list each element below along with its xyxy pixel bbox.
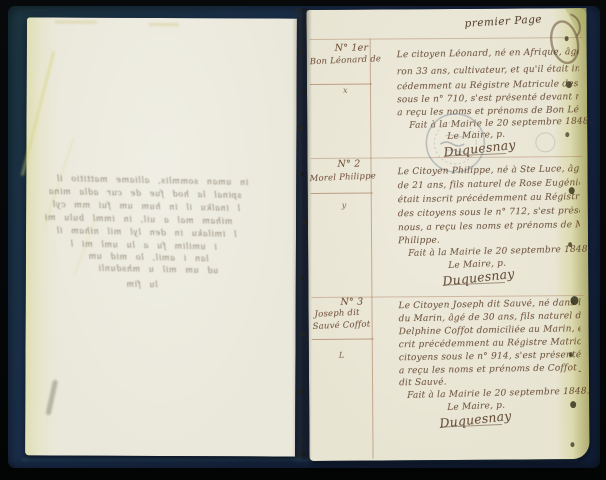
- entry-margin-name: Morel Philippe: [309, 171, 376, 184]
- entry-body-line: sous le n° 710, s'est présenté devant no…: [397, 92, 579, 105]
- bleed-line: ud um mil u mhsdunli: [98, 264, 219, 276]
- margin-rule-line: [370, 39, 374, 459]
- entry-body-line: des citoyens sous le n° 712, s'est prése…: [398, 206, 580, 219]
- bleed-line: l inalku il in hum um fui mm cyl: [52, 200, 240, 213]
- entry-body-line: nous, a reçu les noms et prénoms de More…: [398, 220, 580, 233]
- margin-underline: [312, 339, 374, 340]
- entry-body-line: cédemment au Régistre Matricule des anci…: [397, 79, 579, 92]
- bleed-through-text: in uman sommlis, alliame mattitio il spi…: [42, 175, 293, 312]
- entry-number: N° 3: [340, 297, 363, 308]
- entry-body-line: Le Citoyen Joseph dit Sauvé, né dans la …: [398, 298, 580, 311]
- entry-margin-name: Sauvé Coffot: [312, 320, 370, 332]
- entry-body-line: Le Citoyen Philippe, né à Ste Luce, âgé: [397, 164, 579, 177]
- book-gutter: [292, 8, 312, 460]
- entry-date-line: Fait à la Mairie le 20 septembre 1848.: [408, 244, 591, 258]
- entry-body-line: citoyens sous le n° 914, s'est présenté …: [399, 350, 581, 363]
- faint-stamp-icon: [535, 132, 555, 152]
- page-edge-wear: [565, 36, 569, 41]
- bleed-line: lan i amil, lo mid um: [88, 252, 209, 264]
- left-page: in uman sommlis, alliame mattitio il spi…: [25, 17, 297, 456]
- entry-body-line: du Marin, âgé de 30 ans, fils naturel de: [399, 311, 581, 324]
- right-page: premier Page N° 1er Bon Léonard de x Le …: [306, 8, 589, 461]
- margin-check-mark: y: [342, 201, 347, 210]
- entry-body-line: crit précédemment au Régistre Matricule …: [399, 337, 581, 350]
- aging-streak: [21, 51, 55, 176]
- entry-margin-name: Joseph dit: [314, 308, 360, 320]
- entry-body-line: ron 33 ans, cultivateur, et qu'il était …: [397, 64, 579, 77]
- faint-pencil-mark: [55, 21, 97, 24]
- bleed-line: spinal la hod fue de cur adla mina: [48, 187, 241, 200]
- bleed-line: miham mal a uil, in imml bulu mi: [44, 213, 232, 226]
- entry-number: N° 2: [337, 159, 360, 170]
- smudge-mark: [46, 379, 59, 415]
- margin-underline: [310, 84, 372, 85]
- page-header-annotation: premier Page: [464, 13, 542, 30]
- entry-body-line: était inscrit précédemment au Régistre M…: [398, 192, 580, 205]
- margin-check-mark: L: [339, 351, 345, 360]
- bleed-line: l imilaku in den lyl mil niham il: [56, 226, 237, 239]
- bleed-line: i umilim fu a lu uml mi l: [70, 239, 217, 251]
- bleed-line: lu fim: [126, 280, 158, 290]
- entry-body-line: de 21 ans, fils naturel de Rose Eugénie …: [398, 178, 580, 191]
- binding-stitch-specks: [301, 50, 304, 54]
- margin-check-mark: x: [343, 86, 348, 95]
- book-scan: in uman sommlis, alliame mattitio il spi…: [0, 0, 606, 480]
- bleed-line: in uman sommlis, alliame mattitio il: [56, 174, 248, 187]
- entry-date-line: Fait à la Mairie le 20 septembre 1848.: [407, 386, 590, 400]
- entry-number: N° 1er: [335, 43, 369, 54]
- margin-underline: [311, 193, 373, 194]
- faint-pencil-mark: [149, 23, 179, 26]
- entry-body-line: Delphine Coffot domiciliée au Marin, et …: [399, 324, 581, 337]
- entry-body-line: a reçu les noms et prénoms de Coffot Jos…: [399, 363, 581, 376]
